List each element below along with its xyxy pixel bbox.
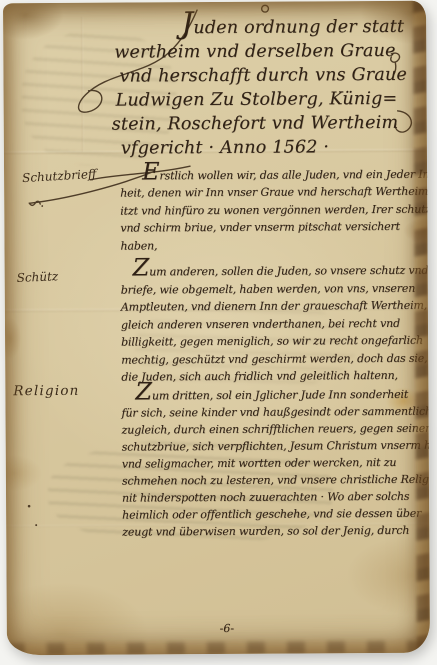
rough-edge-bottom: [7, 641, 430, 656]
text-line: schutzbriue, sich verpflichten, Jesum Ch…: [122, 437, 430, 456]
title-line: vnd herschafft durch vns Graue: [119, 63, 407, 89]
paragraph-zum-dritten: Zum dritten, sol ein Jglicher Jude Inn s…: [121, 385, 430, 541]
manuscript-page: Juden ordnung der statt wertheim vnd der…: [3, 1, 430, 656]
page-number: -6-: [197, 622, 257, 635]
text-line: für sich, seine kinder vnd haußgesindt o…: [121, 403, 430, 422]
ink-dot: [35, 524, 37, 526]
title-line: Juden ordnung der statt: [181, 11, 407, 40]
title-line: Ludwigen Zu Stolberg, Künig=: [116, 87, 408, 113]
margin-note-schuetz: Schütz: [16, 269, 58, 285]
text-line: zugleich, durch einen schrifftlichen reu…: [122, 420, 430, 439]
text-line: Erstlich wollen wir, das alle Juden, vnd…: [120, 165, 430, 185]
text-line: haben,: [120, 235, 430, 254]
scan-background: Juden ordnung der statt wertheim vnd der…: [0, 0, 437, 665]
margin-note-schutzbrieff: Schutzbrieff: [22, 167, 97, 185]
text-line: nit hinderspotten noch zuuerachten · Wo …: [122, 488, 430, 507]
text-line: vnd seligmacher, mit wortten oder wercke…: [122, 454, 430, 473]
text-line: heit, denen wir Inn vnser Graue vnd hers…: [120, 183, 430, 202]
text-line: Amptleuten, vnd dienern Inn der grauesch…: [121, 297, 430, 316]
title-line: vfgericht · Anno 1562 ·: [121, 135, 408, 161]
text-line: heimlich oder offentlich geschehe, vnd s…: [122, 505, 430, 524]
paragraph-zum-anderen: Zum anderen, sollen die Juden, so vnsere…: [121, 261, 430, 386]
paragraph-erstlich: Erstlich wollen wir, das alle Juden, vnd…: [120, 165, 430, 255]
title-line: wertheim vnd derselben Graue: [114, 39, 407, 65]
text-line: vnd schirm briue, vnder vnserm pitschat …: [120, 218, 430, 237]
margin-squiggle-dot: [41, 205, 43, 207]
text-line: zeugt vnd überwisen wurden, so sol der J…: [122, 522, 430, 541]
ink-dot: [28, 505, 31, 508]
text-line: Zum anderen, sollen die Juden, so vnsere…: [121, 261, 430, 281]
text-line: Zum dritten, sol ein Jglicher Jude Inn s…: [121, 385, 430, 405]
title-line: stein, Roschefort vnd Wertheim: [112, 111, 408, 137]
text-line: billigkeitt, gegen meniglich, so wir zu …: [121, 332, 430, 351]
document-title: Juden ordnung der statt wertheim vnd der…: [111, 11, 407, 161]
text-line: itzt vnd hinfüro zu wonen vergönnen werd…: [120, 200, 430, 219]
text-line: briefe, wie obgemelt, haben werden, von …: [121, 279, 430, 298]
text-line: gleich anderen vnseren vnderthanen, bei …: [121, 314, 430, 333]
margin-note-religion: Religion: [13, 383, 79, 399]
fold-crease: [81, 17, 84, 152]
margin-w-squiggle: [29, 201, 40, 205]
text-line: die Juden, sich auch fridlich vnd geleit…: [121, 367, 430, 386]
text-line: schmehen noch zu lesteren, vnd vnsere ch…: [122, 471, 430, 490]
text-line: mechtig, geschützt vnd geschirmt werden,…: [121, 349, 430, 368]
